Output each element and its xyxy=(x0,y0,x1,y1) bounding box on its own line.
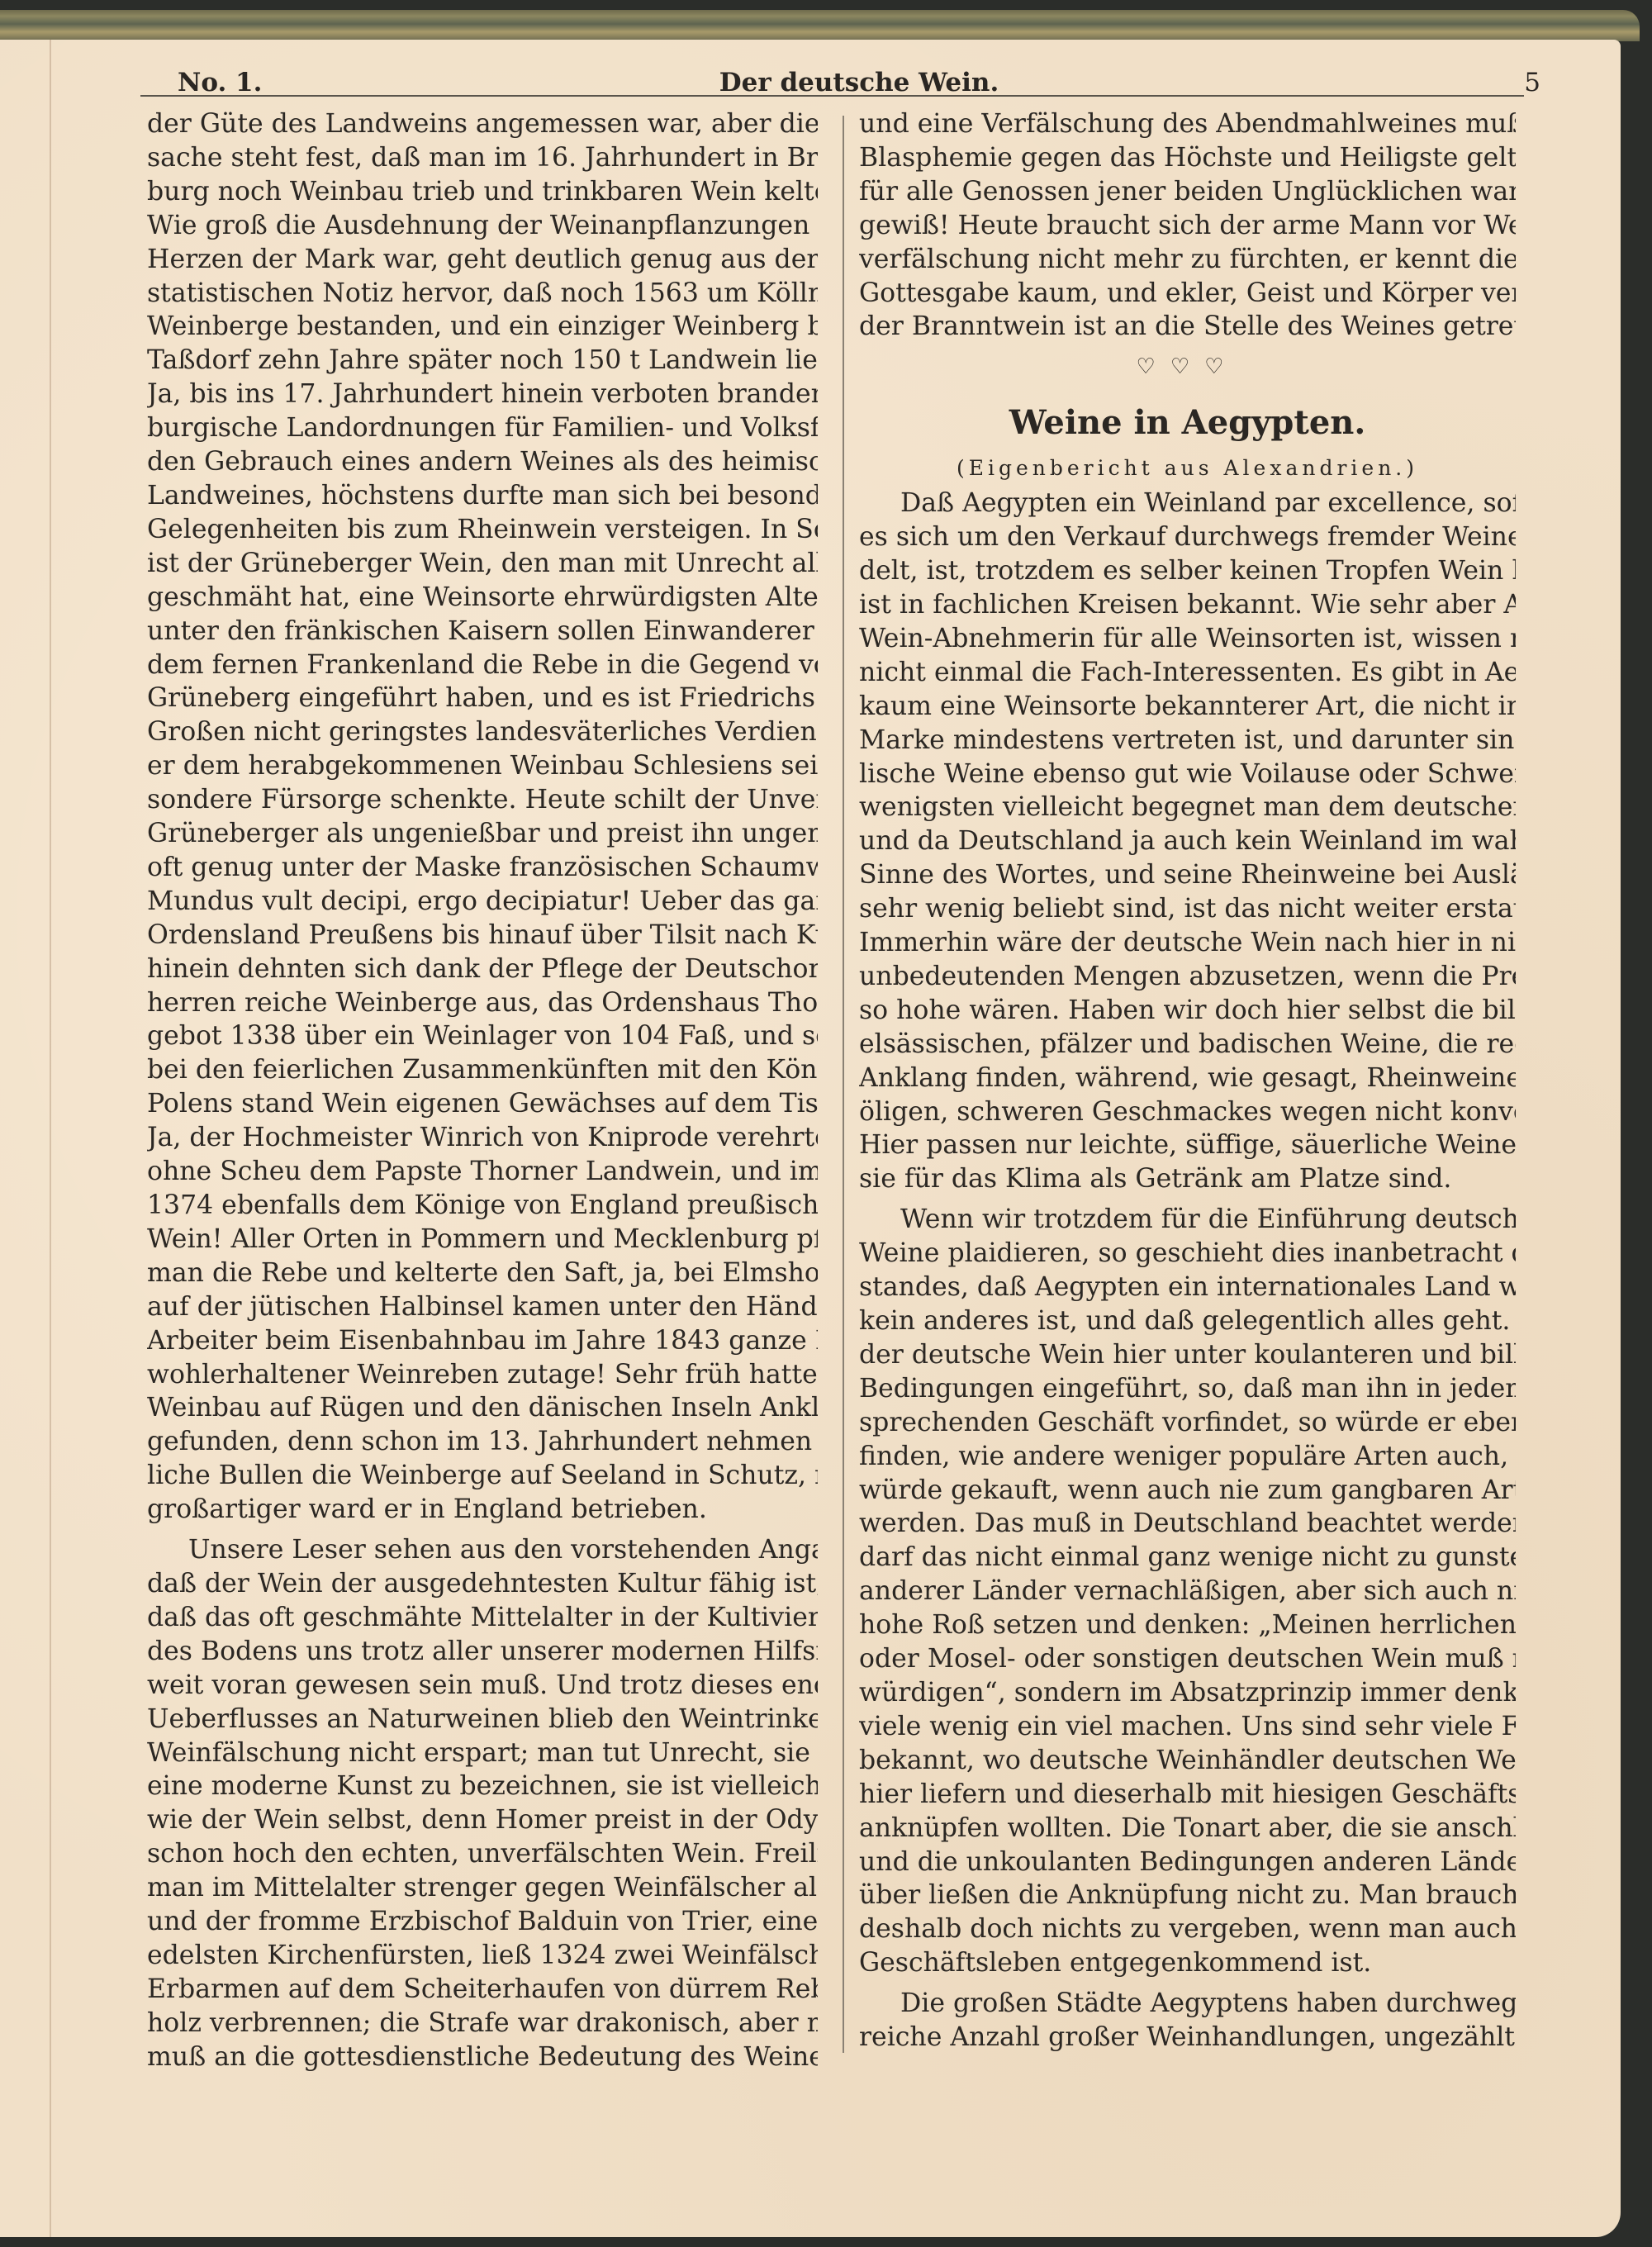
text-line: Polens stand Wein eigenen Gewächses auf … xyxy=(147,1087,818,1121)
text-line: Blasphemie gegen das Höchste und Heiligs… xyxy=(859,141,1516,175)
text-line: Hier passen nur leichte, süffige, säuerl… xyxy=(859,1128,1516,1162)
text-line: man die Rebe und kelterte den Saft, ja, … xyxy=(147,1257,818,1290)
text-line: auf der jütischen Halbinsel kamen unter … xyxy=(147,1290,818,1324)
text-line: Anklang finden, während, wie gesagt, Rhe… xyxy=(859,1062,1516,1095)
text-line: Grüneberg eingeführt haben, und es ist F… xyxy=(147,682,818,715)
text-line: anknüpfen wollten. Die Tonart aber, die … xyxy=(859,1812,1516,1846)
text-line: Großen nicht geringstes landesväterliche… xyxy=(147,715,818,749)
column-divider xyxy=(843,116,844,2053)
text-line: viele wenig ein viel machen. Uns sind se… xyxy=(859,1710,1516,1744)
text-line: wenigsten vielleicht begegnet man dem de… xyxy=(859,791,1516,824)
text-line: ist in fachlichen Kreisen bekannt. Wie s… xyxy=(859,588,1516,622)
text-line: der deutsche Wein hier unter koulanteren… xyxy=(859,1338,1516,1372)
article-body: Daß Aegypten ein Weinland par excellence… xyxy=(859,487,1516,2055)
text-line: holz verbrennen; die Strafe war drakonis… xyxy=(147,2007,818,2040)
text-line: edelsten Kirchenfürsten, ließ 1324 zwei … xyxy=(147,1939,818,1973)
text-line: Wenn wir trotzdem für die Einführung deu… xyxy=(859,1203,1516,1237)
text-line: für alle Genossen jener beiden Unglückli… xyxy=(859,175,1516,209)
paragraph: Daß Aegypten ein Weinland par excellence… xyxy=(859,487,1516,1196)
text-line: daß das oft geschmähte Mittelalter in de… xyxy=(147,1601,818,1635)
text-line: finden, wie andere weniger populäre Arte… xyxy=(859,1440,1516,1474)
text-line: kein anderes ist, und daß gelegentlich a… xyxy=(859,1304,1516,1338)
page-fold-line xyxy=(50,40,51,2237)
text-line: sondere Fürsorge schenkte. Heute schilt … xyxy=(147,783,818,817)
text-line: unbedeutenden Mengen abzusetzen, wenn di… xyxy=(859,960,1516,994)
text-line: sehr wenig beliebt sind, ist das nicht w… xyxy=(859,892,1516,926)
continued-article-text: und eine Verfälschung des Abendmahlweine… xyxy=(859,107,1516,344)
text-line: Wein-Abnehmerin für alle Weinsorten ist,… xyxy=(859,622,1516,656)
text-line: geschmäht hat, eine Weinsorte ehrwürdigs… xyxy=(147,581,818,615)
text-line: Unsere Leser sehen aus den vorstehenden … xyxy=(147,1533,818,1567)
running-head: No. 1. Der deutsche Wein. 5 xyxy=(178,68,1540,109)
text-line: bei den feierlichen Zusammenkünften mit … xyxy=(147,1053,818,1087)
text-line: Wie groß die Ausdehnung der Weinanpflanz… xyxy=(147,209,818,243)
text-line: Sinne des Wortes, und seine Rheinweine b… xyxy=(859,858,1516,892)
text-line: verfälschung nicht mehr zu fürchten, er … xyxy=(859,243,1516,277)
text-line: gewiß! Heute braucht sich der arme Mann … xyxy=(859,209,1516,243)
text-line: ohne Scheu dem Papste Thorner Landwein, … xyxy=(147,1155,818,1189)
text-line: darf das nicht einmal ganz wenige nicht … xyxy=(859,1541,1516,1575)
text-line: Weinfälschung nicht erspart; man tut Unr… xyxy=(147,1736,818,1770)
text-line: anderer Länder vernachläßigen, aber sich… xyxy=(859,1575,1516,1608)
text-line: Immerhin wäre der deutsche Wein nach hie… xyxy=(859,926,1516,960)
right-column: und eine Verfälschung des Abendmahlweine… xyxy=(859,107,1516,2055)
text-line: Arbeiter beim Eisenbahnbau im Jahre 1843… xyxy=(147,1324,818,1358)
text-line: es sich um den Verkauf durchwegs fremder… xyxy=(859,520,1516,554)
text-line: wohlerhaltener Weinreben zutage! Sehr fr… xyxy=(147,1358,818,1392)
text-line: und der fromme Erzbischof Balduin von Tr… xyxy=(147,1905,818,1939)
text-line: Ja, der Hochmeister Winrich von Kniprode… xyxy=(147,1121,818,1155)
text-line: sie für das Klima als Getränk am Platze … xyxy=(859,1162,1516,1196)
text-line: unter den fränkischen Kaisern sollen Ein… xyxy=(147,615,818,648)
text-line: Bedingungen eingeführt, so, daß man ihn … xyxy=(859,1372,1516,1406)
text-line: oder Mosel- oder sonstigen deutschen Wei… xyxy=(859,1642,1516,1676)
book-page-edges xyxy=(0,10,1640,41)
text-line: und eine Verfälschung des Abendmahlweine… xyxy=(859,107,1516,141)
text-line: den Gebrauch eines andern Weines als des… xyxy=(147,445,818,479)
text-line: würde gekauft, wenn auch nie zum gangbar… xyxy=(859,1474,1516,1508)
text-line: Taßdorf zehn Jahre später noch 150 t Lan… xyxy=(147,344,818,378)
section-ornament-hearts: ♡♡♡ xyxy=(859,350,1516,384)
publication-title: Der deutsche Wein. xyxy=(178,68,1540,97)
text-line: über ließen die Anknüpfung nicht zu. Man… xyxy=(859,1879,1516,1912)
text-line: kaum eine Weinsorte bekannterer Art, die… xyxy=(859,690,1516,724)
text-line: der Güte des Landweins angemessen war, a… xyxy=(147,107,818,141)
text-line: werden. Das muß in Deutschland beachtet … xyxy=(859,1507,1516,1541)
text-line: burgische Landordnungen für Familien- un… xyxy=(147,411,818,445)
text-line: der Branntwein ist an die Stelle des Wei… xyxy=(859,310,1516,344)
paragraph: der Güte des Landweins angemessen war, a… xyxy=(147,107,818,1527)
text-line: Gottesgabe kaum, und ekler, Geist und Kö… xyxy=(859,277,1516,311)
text-line: oft genug unter der Maske französischen … xyxy=(147,851,818,885)
text-line: burg noch Weinbau trieb und trinkbaren W… xyxy=(147,175,818,209)
text-line: Ueberflusses an Naturweinen blieb den We… xyxy=(147,1703,818,1736)
text-line: daß der Wein der ausgedehntesten Kultur … xyxy=(147,1567,818,1601)
text-line: so hohe wären. Haben wir doch hier selbs… xyxy=(859,994,1516,1028)
text-line: delt, ist, trotzdem es selber keinen Tro… xyxy=(859,554,1516,588)
text-line: Ja, bis ins 17. Jahrhundert hinein verbo… xyxy=(147,378,818,411)
text-line: Marke mindestens vertreten ist, und daru… xyxy=(859,724,1516,758)
text-line: Weinberge bestanden, und ein einziger We… xyxy=(147,310,818,344)
text-line: Ordensland Preußens bis hinauf über Tils… xyxy=(147,919,818,952)
text-line: ist der Grüneberger Wein, den man mit Un… xyxy=(147,547,818,581)
text-line: Grüneberger als ungenießbar und preist i… xyxy=(147,817,818,851)
text-line: großartiger ward er in England betrieben… xyxy=(147,1493,818,1527)
text-line: statistischen Notiz hervor, daß noch 156… xyxy=(147,277,818,311)
text-line: elsässischen, pfälzer und badischen Wein… xyxy=(859,1028,1516,1062)
text-line: reiche Anzahl großer Weinhandlungen, ung… xyxy=(859,2021,1516,2055)
text-line: Landweines, höchstens durfte man sich be… xyxy=(147,479,818,513)
text-line: Daß Aegypten ein Weinland par excellence… xyxy=(859,487,1516,520)
text-line: gebot 1338 über ein Weinlager von 104 Fa… xyxy=(147,1019,818,1053)
text-line: Geschäftsleben entgegenkommend ist. xyxy=(859,1946,1516,1980)
text-line: liche Bullen die Weinberge auf Seeland i… xyxy=(147,1459,818,1493)
paragraph: Wenn wir trotzdem für die Einführung deu… xyxy=(859,1203,1516,1980)
paragraph: Die großen Städte Aegyptens haben durchw… xyxy=(859,1987,1516,2055)
article-title: Weine in Aegypten. xyxy=(859,402,1516,444)
text-line: und da Deutschland ja auch kein Weinland… xyxy=(859,824,1516,858)
text-line: öligen, schweren Geschmackes wegen nicht… xyxy=(859,1095,1516,1129)
text-line: er dem herabgekommenen Weinbau Schlesien… xyxy=(147,749,818,783)
text-line: weit voran gewesen sein muß. Und trotz d… xyxy=(147,1669,818,1703)
text-line: des Bodens uns trotz aller unserer moder… xyxy=(147,1635,818,1669)
left-column: der Güte des Landweins angemessen war, a… xyxy=(147,107,818,2074)
paragraph-gap xyxy=(147,1527,818,1533)
text-line: Gelegenheiten bis zum Rheinwein versteig… xyxy=(147,513,818,547)
text-line: wie der Wein selbst, denn Homer preist i… xyxy=(147,1803,818,1837)
text-line: Erbarmen auf dem Scheiterhaufen von dürr… xyxy=(147,1973,818,2007)
text-line: deshalb doch nichts zu vergeben, wenn ma… xyxy=(859,1912,1516,1946)
text-line: hier liefern und dieserhalb mit hiesigen… xyxy=(859,1778,1516,1812)
text-line: bekannt, wo deutsche Weinhändler deutsch… xyxy=(859,1744,1516,1778)
text-line: muß an die gottesdienstliche Bedeutung d… xyxy=(147,2040,818,2074)
text-line: Weinbau auf Rügen und den dänischen Inse… xyxy=(147,1391,818,1425)
text-line: standes, daß Aegypten ein internationale… xyxy=(859,1271,1516,1304)
text-line: Mundus vult decipi, ergo decipiatur! Ueb… xyxy=(147,885,818,919)
text-line: sache steht fest, daß man im 16. Jahrhun… xyxy=(147,141,818,175)
header-rule xyxy=(140,95,1524,97)
text-line: nicht einmal die Fach-Interessenten. Es … xyxy=(859,656,1516,690)
text-line: Weine plaidieren, so geschieht dies inan… xyxy=(859,1237,1516,1271)
text-line: 1374 ebenfalls dem Könige von England pr… xyxy=(147,1189,818,1223)
text-line: eine moderne Kunst zu bezeichnen, sie is… xyxy=(147,1770,818,1803)
text-line: dem fernen Frankenland die Rebe in die G… xyxy=(147,648,818,682)
paragraph-gap xyxy=(859,1196,1516,1203)
text-line: Wein! Aller Orten in Pommern und Mecklen… xyxy=(147,1223,818,1257)
text-line: Herzen der Mark war, geht deutlich genug… xyxy=(147,243,818,277)
text-line: gefunden, denn schon im 13. Jahrhundert … xyxy=(147,1425,818,1459)
text-line: Die großen Städte Aegyptens haben durchw… xyxy=(859,1987,1516,2021)
text-line: sprechenden Geschäft vorfindet, so würde… xyxy=(859,1406,1516,1440)
article-subtitle: (Eigenbericht aus Alexandrien.) xyxy=(859,452,1516,485)
text-line: herren reiche Weinberge aus, das Ordensh… xyxy=(147,986,818,1020)
text-line: hinein dehnten sich dank der Pflege der … xyxy=(147,952,818,986)
paragraph-gap xyxy=(859,1980,1516,1987)
page-number: 5 xyxy=(1524,68,1540,97)
text-line: man im Mittelalter strenger gegen Weinfä… xyxy=(147,1871,818,1905)
text-line: hohe Roß setzen und denken: „Meinen herr… xyxy=(859,1608,1516,1642)
text-line: würdigen“, sondern im Absatzprinzip imme… xyxy=(859,1676,1516,1710)
text-line: und die unkoulanten Bedingungen anderen … xyxy=(859,1846,1516,1879)
text-line: schon hoch den echten, unverfälschten We… xyxy=(147,1837,818,1871)
text-line: lische Weine ebenso gut wie Voilause ode… xyxy=(859,758,1516,791)
paragraph: Unsere Leser sehen aus den vorstehenden … xyxy=(147,1533,818,2074)
